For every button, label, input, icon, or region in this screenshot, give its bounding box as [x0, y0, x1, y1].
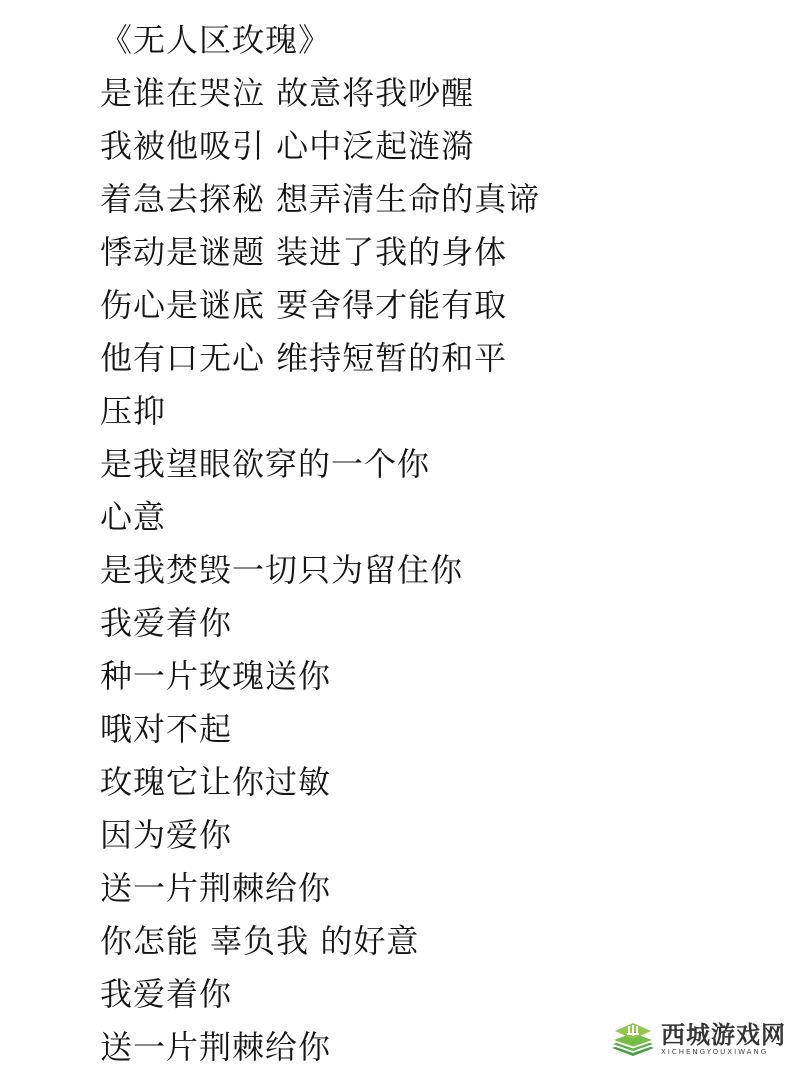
lyric-line: 玫瑰它让你过敏 [100, 756, 540, 809]
lyric-line: 压抑 [100, 385, 540, 438]
lyric-line: 我被他吸引 心中泛起涟漪 [100, 120, 540, 173]
brand-name-en: XICHENGYOUXIWANG [661, 1048, 768, 1057]
lyric-line: 是我焚毁一切只为留住你 [100, 544, 540, 597]
lyric-line: 送一片荆棘给你 [100, 862, 540, 915]
lyric-line: 心意 [100, 491, 540, 544]
lyric-line: 是谁在哭泣 故意将我吵醒 [100, 67, 540, 120]
lyric-line: 他有口无心 维持短暂的和平 [100, 332, 540, 385]
lyric-line: 种一片玫瑰送你 [100, 650, 540, 703]
lyric-line: 是我望眼欲穿的一个你 [100, 438, 540, 491]
lyric-line: 我爱着你 [100, 597, 540, 650]
lyrics-text: 《无人区玫瑰》 是谁在哭泣 故意将我吵醒 我被他吸引 心中泛起涟漪 着急去探秘 … [100, 14, 540, 1067]
stacked-layers-logo-icon [611, 1021, 655, 1057]
lyric-line: 着急去探秘 想弄清生命的真谛 [100, 173, 540, 226]
brand-text: 西城游戏网 XICHENGYOUXIWANG [661, 1022, 786, 1057]
lyric-line: 悸动是谜题 装进了我的身体 [100, 226, 540, 279]
lyric-line: 哦对不起 [100, 703, 540, 756]
lyric-line: 我爱着你 [100, 968, 540, 1021]
song-title: 《无人区玫瑰》 [100, 14, 540, 67]
lyric-line: 因为爱你 [100, 809, 540, 862]
lyric-line: 伤心是谜底 要舍得才能有取 [100, 279, 540, 332]
lyric-line: 你怎能 辜负我 的好意 [100, 915, 540, 968]
site-watermark: 西城游戏网 XICHENGYOUXIWANG [611, 1021, 786, 1057]
lyric-line: 送一片荆棘给你 [100, 1021, 540, 1067]
brand-name-cn: 西城游戏网 [661, 1022, 786, 1048]
